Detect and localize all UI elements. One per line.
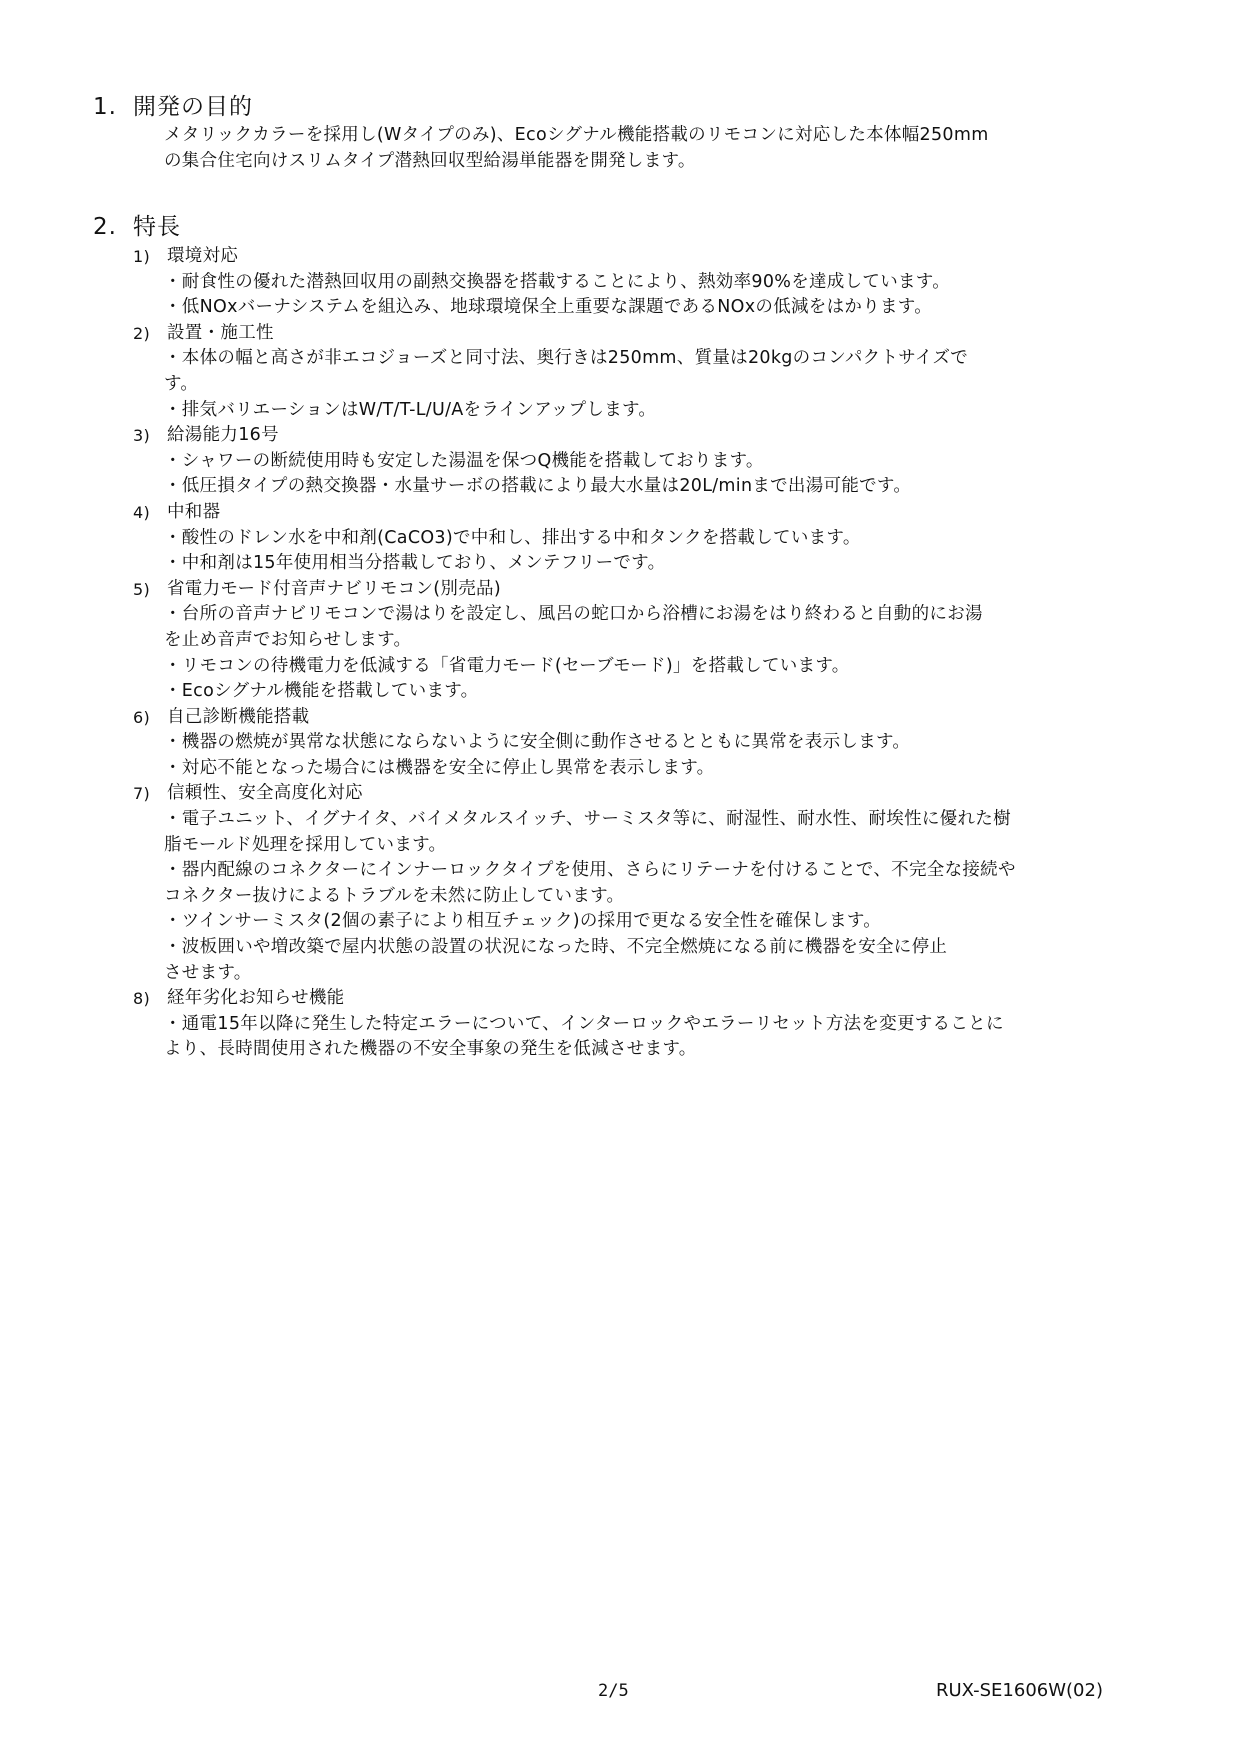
feature-bullet: ・台所の音声ナビリモコンで湯はりを設定し、風呂の蛇口から浴槽にお湯をはり終わると…: [164, 602, 1173, 653]
feature-bullet: ・シャワーの断続使用時も安定した湯温を保つQ機能を搭載しております。: [164, 449, 1173, 475]
feature-bullet: ・中和剤は15年使用相当分搭載しており、メンテフリーです。: [164, 551, 1173, 577]
feature-title: 中和器: [167, 500, 220, 526]
feature-bullet: ・耐食性の優れた潜熱回収用の副熱交換器を搭載することにより、熱効率90%を達成し…: [164, 270, 1173, 296]
feature-bullet: ・排気バリエーションはW/T/T-L/U/Aをラインアップします。: [164, 398, 1173, 424]
bullet-line: ・Ecoシグナル機能を搭載しています。: [164, 679, 1173, 705]
bullet-line: コネクター抜けによるトラブルを未然に防止しています。: [164, 884, 1173, 910]
bullet-line: ・酸性のドレン水を中和剤(CaCO3)で中和し、排出する中和タンクを搭載していま…: [164, 526, 1173, 552]
feature-bullet: ・器内配線のコネクターにインナーロックタイプを使用、さらにリテーナを付けることで…: [164, 858, 1173, 909]
bullet-line: ・ツインサーミスタ(2個の素子により相互チェック)の採用で更なる安全性を確保しま…: [164, 909, 1173, 935]
feature-number: 4): [133, 500, 167, 526]
feature-heading: 4)中和器: [133, 500, 1173, 526]
feature-item: 1)環境対応・耐食性の優れた潜熱回収用の副熱交換器を搭載することにより、熱効率9…: [133, 244, 1173, 321]
feature-item: 5)省電力モード付音声ナビリモコン(別売品)・台所の音声ナビリモコンで湯はりを設…: [133, 577, 1173, 705]
bullet-line: ・排気バリエーションはW/T/T-L/U/Aをラインアップします。: [164, 398, 1173, 424]
feature-heading: 5)省電力モード付音声ナビリモコン(別売品): [133, 577, 1173, 603]
bullet-line: ・対応不能となった場合には機器を安全に停止し異常を表示します。: [164, 756, 1173, 782]
section-1-title: 開発の目的: [133, 94, 253, 120]
bullet-line: ・耐食性の優れた潜熱回収用の副熱交換器を搭載することにより、熱効率90%を達成し…: [164, 270, 1173, 296]
feature-heading: 7)信頼性、安全高度化対応: [133, 781, 1173, 807]
feature-item: 3)給湯能力16号・シャワーの断続使用時も安定した湯温を保つQ機能を搭載しており…: [133, 423, 1173, 500]
bullet-line: ・電子ユニット、イグナイタ、バイメタルスイッチ、サーミスタ等に、耐湿性、耐水性、…: [164, 807, 1173, 833]
feature-item: 2)設置・施工性・本体の幅と高さが非エコジョーズと同寸法、奥行きは250mm、質…: [133, 321, 1173, 423]
feature-title: 省電力モード付音声ナビリモコン(別売品): [167, 577, 501, 603]
bullet-line: ・波板囲いや増改築で屋内状態の設置の状況になった時、不完全燃焼になる前に機器を安…: [164, 935, 1173, 961]
bullet-line: ・リモコンの待機電力を低減する「省電力モード(セーブモード)」を搭載しています。: [164, 654, 1173, 680]
feature-item: 7)信頼性、安全高度化対応・電子ユニット、イグナイタ、バイメタルスイッチ、サーミ…: [133, 781, 1173, 986]
page-number: 2/5: [598, 1680, 629, 1702]
feature-heading: 6)自己診断機能搭載: [133, 705, 1173, 731]
feature-number: 2): [133, 321, 167, 347]
bullet-line: ・器内配線のコネクターにインナーロックタイプを使用、さらにリテーナを付けることで…: [164, 858, 1173, 884]
feature-bullet: ・Ecoシグナル機能を搭載しています。: [164, 679, 1173, 705]
feature-title: 環境対応: [167, 244, 238, 270]
feature-item: 6)自己診断機能搭載・機器の燃焼が異常な状態にならないように安全側に動作させると…: [133, 705, 1173, 782]
feature-title: 自己診断機能搭載: [167, 705, 309, 731]
feature-number: 5): [133, 577, 167, 603]
feature-bullet: ・酸性のドレン水を中和剤(CaCO3)で中和し、排出する中和タンクを搭載していま…: [164, 526, 1173, 552]
bullet-line: ・中和剤は15年使用相当分搭載しており、メンテフリーです。: [164, 551, 1173, 577]
section-2-number: 2.: [93, 212, 133, 242]
feature-bullet: ・対応不能となった場合には機器を安全に停止し異常を表示します。: [164, 756, 1173, 782]
feature-bullet: ・電子ユニット、イグナイタ、バイメタルスイッチ、サーミスタ等に、耐湿性、耐水性、…: [164, 807, 1173, 858]
feature-title: 信頼性、安全高度化対応: [167, 781, 363, 807]
feature-bullet: ・通電15年以降に発生した特定エラーについて、インターロックやエラーリセット方法…: [164, 1012, 1173, 1063]
feature-heading: 2)設置・施工性: [133, 321, 1173, 347]
feature-title: 設置・施工性: [167, 321, 274, 347]
feature-list: 1)環境対応・耐食性の優れた潜熱回収用の副熱交換器を搭載することにより、熱効率9…: [133, 244, 1173, 1063]
feature-bullet: ・ツインサーミスタ(2個の素子により相互チェック)の採用で更なる安全性を確保しま…: [164, 909, 1173, 935]
feature-number: 7): [133, 781, 167, 807]
bullet-line: ・通電15年以降に発生した特定エラーについて、インターロックやエラーリセット方法…: [164, 1012, 1173, 1038]
feature-title: 給湯能力16号: [167, 423, 279, 449]
feature-item: 8)経年劣化お知らせ機能・通電15年以降に発生した特定エラーについて、インターロ…: [133, 986, 1173, 1063]
feature-title: 経年劣化お知らせ機能: [167, 986, 344, 1012]
feature-bullet: ・低圧損タイプの熱交換器・水量サーボの搭載により最大水量は20L/minまで出湯…: [164, 474, 1173, 500]
section-2-heading: 2.特長: [93, 212, 181, 242]
bullet-line: ・本体の幅と高さが非エコジョーズと同寸法、奥行きは250mm、質量は20kgのコ…: [164, 346, 1173, 372]
feature-number: 1): [133, 244, 167, 270]
feature-heading: 3)給湯能力16号: [133, 423, 1173, 449]
bullet-line: を止め音声でお知らせします。: [164, 628, 1173, 654]
bullet-line: 脂モールド処理を採用しています。: [164, 833, 1173, 859]
feature-bullet: ・低NOxバーナシステムを組込み、地球環境保全上重要な課題であるNOxの低減をは…: [164, 295, 1173, 321]
document-id: RUX-SE1606W(02): [936, 1680, 1103, 1702]
feature-number: 3): [133, 423, 167, 449]
bullet-line: させます。: [164, 961, 1173, 987]
bullet-line: ・機器の燃焼が異常な状態にならないように安全側に動作させるとともに異常を表示しま…: [164, 730, 1173, 756]
feature-heading: 1)環境対応: [133, 244, 1173, 270]
section-1-line: の集合住宅向けスリムタイプ潜熱回収型給湯単能器を開発します。: [164, 149, 1154, 175]
section-1-number: 1.: [93, 92, 133, 122]
section-1-body: メタリックカラーを採用し(Wタイプのみ)、Ecoシグナル機能搭載のリモコンに対応…: [164, 123, 1154, 174]
bullet-line: ・低圧損タイプの熱交換器・水量サーボの搭載により最大水量は20L/minまで出湯…: [164, 474, 1173, 500]
section-1-line: メタリックカラーを採用し(Wタイプのみ)、Ecoシグナル機能搭載のリモコンに対応…: [164, 123, 1154, 149]
feature-bullet: ・機器の燃焼が異常な状態にならないように安全側に動作させるとともに異常を表示しま…: [164, 730, 1173, 756]
bullet-line: より、長時間使用された機器の不安全事象の発生を低減させます。: [164, 1037, 1173, 1063]
bullet-line: す。: [164, 372, 1173, 398]
feature-heading: 8)経年劣化お知らせ機能: [133, 986, 1173, 1012]
section-2-title: 特長: [133, 214, 181, 240]
feature-bullet: ・波板囲いや増改築で屋内状態の設置の状況になった時、不完全燃焼になる前に機器を安…: [164, 935, 1173, 986]
feature-number: 8): [133, 986, 167, 1012]
feature-bullet: ・本体の幅と高さが非エコジョーズと同寸法、奥行きは250mm、質量は20kgのコ…: [164, 346, 1173, 397]
feature-item: 4)中和器・酸性のドレン水を中和剤(CaCO3)で中和し、排出する中和タンクを搭…: [133, 500, 1173, 577]
bullet-line: ・台所の音声ナビリモコンで湯はりを設定し、風呂の蛇口から浴槽にお湯をはり終わると…: [164, 602, 1173, 628]
bullet-line: ・低NOxバーナシステムを組込み、地球環境保全上重要な課題であるNOxの低減をは…: [164, 295, 1173, 321]
bullet-line: ・シャワーの断続使用時も安定した湯温を保つQ機能を搭載しております。: [164, 449, 1173, 475]
section-1-heading: 1.開発の目的: [93, 92, 253, 122]
feature-bullet: ・リモコンの待機電力を低減する「省電力モード(セーブモード)」を搭載しています。: [164, 654, 1173, 680]
document-page: 1.開発の目的 メタリックカラーを採用し(Wタイプのみ)、Ecoシグナル機能搭載…: [0, 0, 1240, 1754]
feature-number: 6): [133, 705, 167, 731]
